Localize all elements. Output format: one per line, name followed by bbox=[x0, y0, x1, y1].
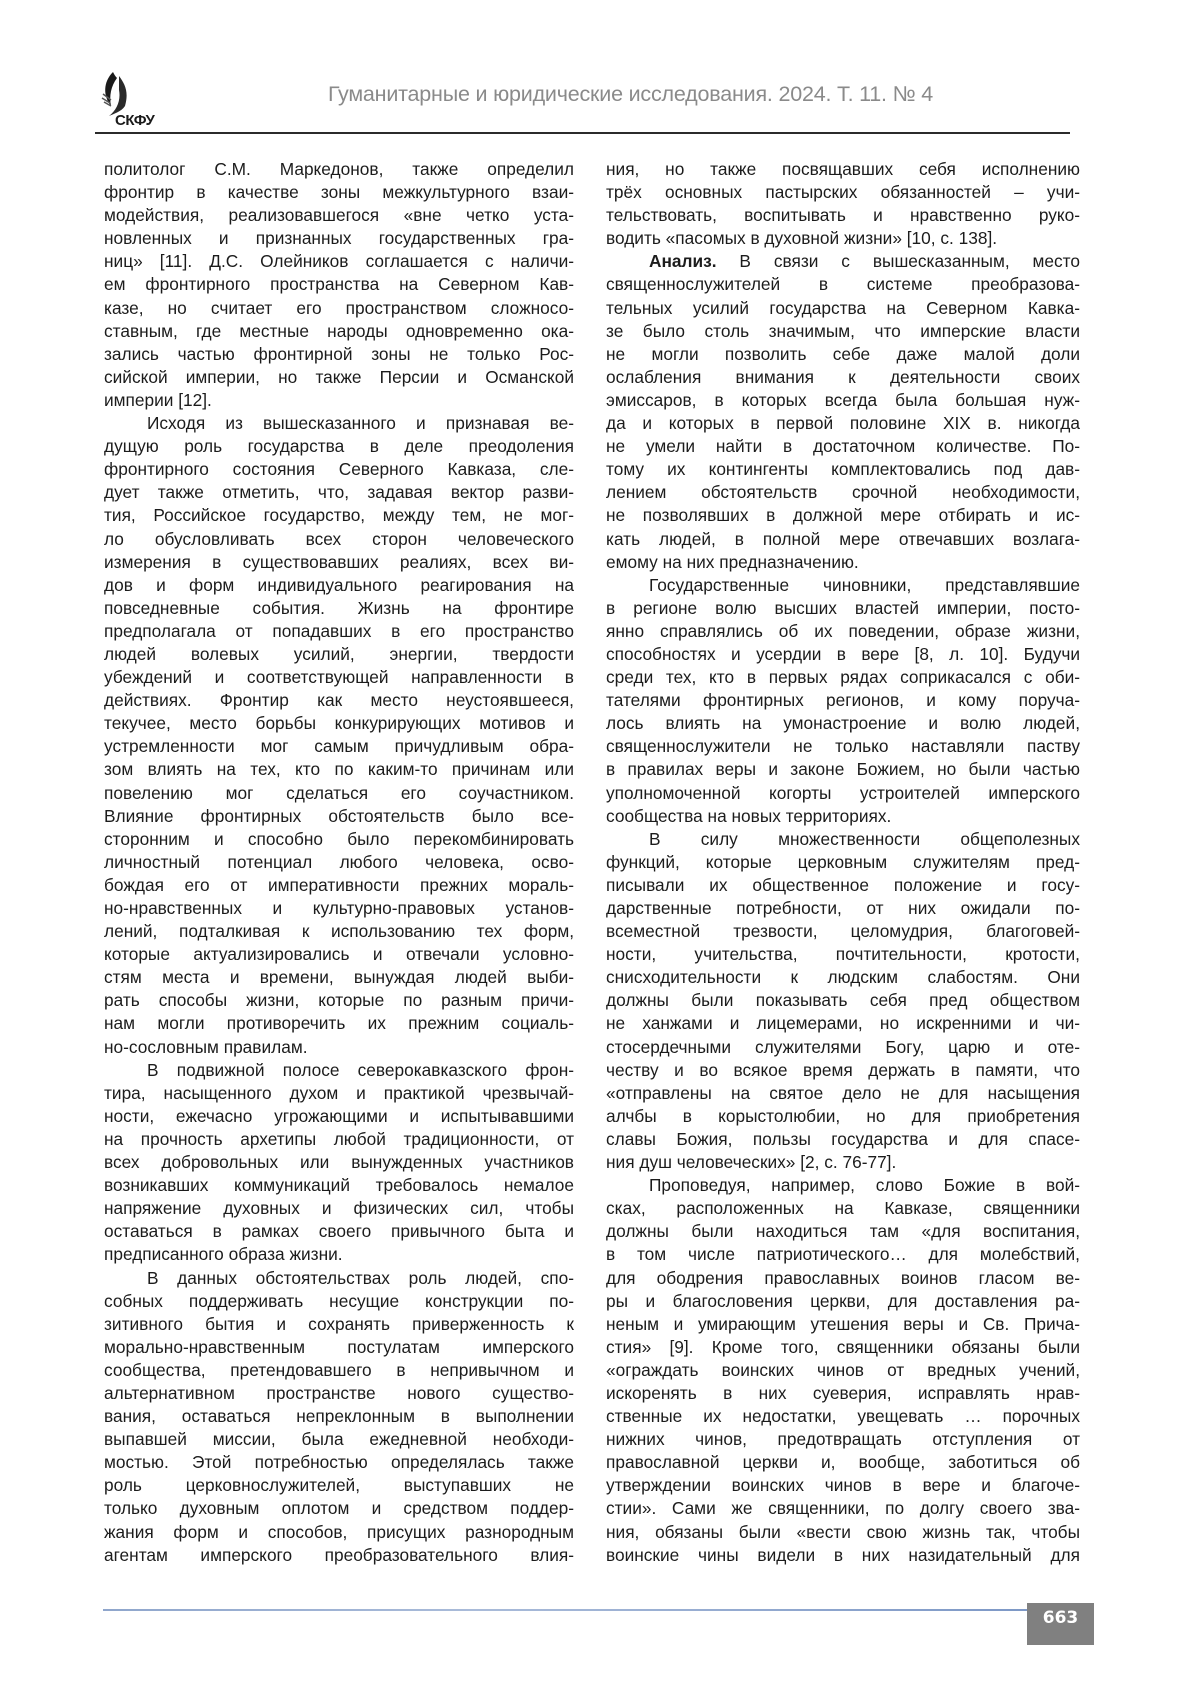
text-line: рать способы жизни, которые по разным пр… bbox=[104, 989, 574, 1012]
text-line: только духовным оплотом и средством подд… bbox=[104, 1497, 574, 1520]
text-line: славы Божия, пользы государства и для сп… bbox=[606, 1128, 1080, 1151]
text-line: людей волевых усилий, энергии, твердости bbox=[104, 643, 574, 666]
text-line: оставаться в рамках своего привычного бы… bbox=[104, 1220, 574, 1243]
journal-title: Гуманитарные и юридические исследования.… bbox=[328, 82, 933, 107]
university-logo: СКФУ bbox=[99, 70, 189, 130]
left-column: политолог С.М. Маркедонов, также определ… bbox=[104, 158, 574, 1567]
text-line: алчбы в корыстолюбии, но для приобретени… bbox=[606, 1105, 1080, 1128]
text-line: зом влиять на тех, кто по каким-то причи… bbox=[104, 758, 574, 781]
text-line: воинские чины видели в них назидательный… bbox=[606, 1544, 1080, 1567]
text-line: тельных усилий государства на Северном К… bbox=[606, 297, 1080, 320]
text-line: ры и благословения церкви, для доставлен… bbox=[606, 1290, 1080, 1313]
text-line: В подвижной полосе северокавказского фро… bbox=[104, 1059, 574, 1082]
text-line: модействия, реализовавшегося «вне четко … bbox=[104, 204, 574, 227]
text-line: тира, насыщенного духом и практикой чрез… bbox=[104, 1082, 574, 1105]
text-line: для ободрения православных воинов гласом… bbox=[606, 1267, 1080, 1290]
text-line: агентам имперского преобразовательного в… bbox=[104, 1544, 574, 1567]
footer-divider bbox=[103, 1609, 1028, 1611]
text-line: трёх основных пастырских обязанностей – … bbox=[606, 181, 1080, 204]
text-line: православной церкви и, вообще, заботитьс… bbox=[606, 1451, 1080, 1474]
text-line: емому на них предназначению. bbox=[606, 551, 1080, 574]
text-line: повседневные события. Жизнь на фронтире bbox=[104, 597, 574, 620]
text-line: устремленности мог самым причудливым обр… bbox=[104, 735, 574, 758]
body-paragraph: В силу множественности общеполезныхфункц… bbox=[606, 828, 1080, 1174]
text-line: предписанного образа жизни. bbox=[104, 1243, 574, 1266]
text-line: сообщества на новых территориях. bbox=[606, 805, 1080, 828]
text-line: стии». Сами же священники, по долгу свое… bbox=[606, 1497, 1080, 1520]
text-line: морально-нравственным постулатам имперск… bbox=[104, 1336, 574, 1359]
text-line: честву и во всякое время держать в памят… bbox=[606, 1059, 1080, 1082]
text-line: в том числе патриотического… для молебст… bbox=[606, 1243, 1080, 1266]
text-line: бождая его от императивности прежних мор… bbox=[104, 874, 574, 897]
text-line: которые актуализировались и отвечали усл… bbox=[104, 943, 574, 966]
text-line: сторонним и способно было перекомбиниров… bbox=[104, 828, 574, 851]
text-line: сообщества, претендовавшего в непривычно… bbox=[104, 1359, 574, 1382]
body-paragraph: ния, но также посвящавших себя исполнени… bbox=[606, 158, 1080, 250]
text-line: роль церковнослужителей, выступавших не bbox=[104, 1474, 574, 1497]
text-line: дарственные потребности, от них ожидали … bbox=[606, 897, 1080, 920]
text-line: утверждении воинских чинов в вере и благ… bbox=[606, 1474, 1080, 1497]
text-line: всех добровольных или вынужденных участн… bbox=[104, 1151, 574, 1174]
text-line: способностях и усердии в вере [8, л. 10]… bbox=[606, 643, 1080, 666]
text-line: должны были находиться там «для воспитан… bbox=[606, 1220, 1080, 1243]
text-line: дов и форм индивидуального реагирования … bbox=[104, 574, 574, 597]
text-line: повелению мог сделаться его соучастником… bbox=[104, 782, 574, 805]
text-line: убеждений и соответствующей направленнос… bbox=[104, 666, 574, 689]
text-line: новленных и признанных государственных г… bbox=[104, 227, 574, 250]
text-line: не позволявших в должной мере отбирать и… bbox=[606, 504, 1080, 527]
text-line: должны были показывать себя пред обществ… bbox=[606, 989, 1080, 1012]
text-line: лений, подталкивая к использованию тех ф… bbox=[104, 920, 574, 943]
journal-page: СКФУ Гуманитарные и юридические исследов… bbox=[0, 0, 1200, 1697]
text-line: священнослужителей в системе преобразова… bbox=[606, 273, 1080, 296]
text-line: ниц» [11]. Д.С. Олейников соглашается с … bbox=[104, 250, 574, 273]
text-line: уполномоченной когорты устроителей импер… bbox=[606, 782, 1080, 805]
text-line: ния, но также посвящавших себя исполнени… bbox=[606, 158, 1080, 181]
text-line: но-сословным правилам. bbox=[104, 1036, 574, 1059]
text-line: лением обстоятельств срочной необходимос… bbox=[606, 481, 1080, 504]
text-line: казе, но считает его пространством сложн… bbox=[104, 297, 574, 320]
text-line: сках, расположенных на Кавказе, священни… bbox=[606, 1197, 1080, 1220]
text-line: зе было столь значимым, что имперские вл… bbox=[606, 320, 1080, 343]
text-line: Проповедуя, например, слово Божие в вой- bbox=[606, 1174, 1080, 1197]
header-divider bbox=[95, 132, 1070, 134]
text-line: ния, обязаны были «вести свою жизнь так,… bbox=[606, 1521, 1080, 1544]
logo-text: СКФУ bbox=[115, 112, 154, 129]
page-number: 663 bbox=[1027, 1603, 1094, 1645]
text-line: ло обусловливать всех сторон человеческо… bbox=[104, 528, 574, 551]
text-line: действиях. Фронтир как место неустоявшее… bbox=[104, 689, 574, 712]
text-line: лось влиять на умонастроение и волю люде… bbox=[606, 712, 1080, 735]
body-paragraph: Анализ. В связи с вышесказанным, местосв… bbox=[606, 250, 1080, 573]
text-line: вания, оставаться непреклонным в выполне… bbox=[104, 1405, 574, 1428]
text-line: измерения в существовавших реалиях, всех… bbox=[104, 551, 574, 574]
text-line: сийской империи, но также Персии и Осман… bbox=[104, 366, 574, 389]
text-line: неным и умирающим утешения веры и Св. Пр… bbox=[606, 1313, 1080, 1336]
text-line: ослабления внимания к деятельности своих bbox=[606, 366, 1080, 389]
bird-wing-icon bbox=[99, 70, 159, 118]
text-line: ности, ежечасно угрожающими и испытывавш… bbox=[104, 1105, 574, 1128]
text-line: мостью. Этой потребностью определялась т… bbox=[104, 1451, 574, 1474]
text-line: на прочность архетипы любой традиционнос… bbox=[104, 1128, 574, 1151]
text-line: альтернативном пространстве нового сущес… bbox=[104, 1382, 574, 1405]
body-paragraph: политолог С.М. Маркедонов, также определ… bbox=[104, 158, 574, 412]
section-heading-inline: Анализ. bbox=[649, 251, 717, 271]
text-line: снисходительности к людским слабостям. О… bbox=[606, 966, 1080, 989]
text-line: стям места и времени, вынуждая людей выб… bbox=[104, 966, 574, 989]
text-line: дущую роль государства в деле преодолени… bbox=[104, 435, 574, 458]
text-line: Государственные чиновники, представлявши… bbox=[606, 574, 1080, 597]
text-line: выпавшей миссии, была ежедневной необход… bbox=[104, 1428, 574, 1451]
text-line: Исходя из вышесказанного и признавая ве- bbox=[104, 412, 574, 435]
page-header: СКФУ Гуманитарные и юридические исследов… bbox=[95, 60, 1070, 134]
body-paragraph: Исходя из вышесказанного и признавая ве-… bbox=[104, 412, 574, 1059]
text-line: возникавших коммуникаций требовалось нем… bbox=[104, 1174, 574, 1197]
text-line: жания форм и способов, присущих разнород… bbox=[104, 1521, 574, 1544]
text-line: в правилах веры и законе Божием, но были… bbox=[606, 758, 1080, 781]
text-line: стосердечными служителями Богу, царю и о… bbox=[606, 1036, 1080, 1059]
text-line: собных поддерживать несущие конструкции … bbox=[104, 1290, 574, 1313]
text-line: тому их контингенты комплектовались под … bbox=[606, 458, 1080, 481]
text-line: кать людей, в полной мере отвечавших воз… bbox=[606, 528, 1080, 551]
text-line: империи [12]. bbox=[104, 389, 574, 412]
text-line: всеместной трезвости, целомудрия, благог… bbox=[606, 920, 1080, 943]
text-line: ности, учительства, почтительности, крот… bbox=[606, 943, 1080, 966]
text-line: нижних чинов, предотвращать отступления … bbox=[606, 1428, 1080, 1451]
text-line: эмиссаров, в которых всегда была большая… bbox=[606, 389, 1080, 412]
text-line: не ханжами и лицемерами, но искренними и… bbox=[606, 1012, 1080, 1035]
text-line: предполагала от попадавших в его простра… bbox=[104, 620, 574, 643]
body-paragraph: В подвижной полосе северокавказского фро… bbox=[104, 1059, 574, 1267]
text-line: тельствовать, воспитывать и нравственно … bbox=[606, 204, 1080, 227]
text-line: текучее, место борьбы конкурирующих моти… bbox=[104, 712, 574, 735]
text-line: напряжение духовных и физических сил, чт… bbox=[104, 1197, 574, 1220]
text-line: тателями фронтирных регионов, и кому пор… bbox=[606, 689, 1080, 712]
text-line: ния душ человеческих» [2, с. 76-77]. bbox=[606, 1151, 1080, 1174]
text-line: нам могли противоречить их прежним социа… bbox=[104, 1012, 574, 1035]
text-line: среди тех, кто в первых рядах соприкасал… bbox=[606, 666, 1080, 689]
text-line: тия, Российское государство, между тем, … bbox=[104, 504, 574, 527]
text-line: да и которых в первой половине XIX в. ни… bbox=[606, 412, 1080, 435]
text-line: Анализ. В связи с вышесказанным, место bbox=[606, 250, 1080, 273]
text-line: политолог С.М. Маркедонов, также определ… bbox=[104, 158, 574, 181]
text-line: водить «пасомых в духовной жизни» [10, с… bbox=[606, 227, 1080, 250]
text-line: ственные их недостатки, увещевать … поро… bbox=[606, 1405, 1080, 1428]
text-line: янно справлялись об их поведении, образе… bbox=[606, 620, 1080, 643]
text-line: В силу множественности общеполезных bbox=[606, 828, 1080, 851]
text-line: не могли позволить себе даже малой доли bbox=[606, 343, 1080, 366]
text-line: зитивного бытия и сохранять приверженнос… bbox=[104, 1313, 574, 1336]
text-line: но-нравственных и культурно-правовых уст… bbox=[104, 897, 574, 920]
text-line: священнослужители не только наставляли п… bbox=[606, 735, 1080, 758]
text-fragment: В связи с вышесказанным, место bbox=[717, 251, 1080, 271]
text-line: не умели найти в достаточном количестве.… bbox=[606, 435, 1080, 458]
right-column: ния, но также посвящавших себя исполнени… bbox=[606, 158, 1080, 1567]
text-line: ставным, где местные народы одновременно… bbox=[104, 320, 574, 343]
text-line: в регионе волю высших властей империи, п… bbox=[606, 597, 1080, 620]
text-line: зались частью фронтирной зоны не только … bbox=[104, 343, 574, 366]
text-line: В данных обстоятельствах роль людей, спо… bbox=[104, 1267, 574, 1290]
text-line: фронтир в качестве зоны межкультурного в… bbox=[104, 181, 574, 204]
text-line: стия» [9]. Кроме того, священники обязан… bbox=[606, 1336, 1080, 1359]
text-line: писывали их общественное положение и гос… bbox=[606, 874, 1080, 897]
text-line: личностный потенциал любого человека, ос… bbox=[104, 851, 574, 874]
text-line: фронтирного состояния Северного Кавказа,… bbox=[104, 458, 574, 481]
text-line: функций, которые церковным служителям пр… bbox=[606, 851, 1080, 874]
text-line: ем фронтирного пространства на Северном … bbox=[104, 273, 574, 296]
text-line: искоренять в них суеверия, исправлять нр… bbox=[606, 1382, 1080, 1405]
body-paragraph: В данных обстоятельствах роль людей, спо… bbox=[104, 1267, 574, 1567]
body-paragraph: Проповедуя, например, слово Божие в вой-… bbox=[606, 1174, 1080, 1567]
text-line: дует также отметить, что, задавая вектор… bbox=[104, 481, 574, 504]
text-line: «отправлены на святое дело не для насыще… bbox=[606, 1082, 1080, 1105]
body-paragraph: Государственные чиновники, представлявши… bbox=[606, 574, 1080, 828]
text-line: «ограждать воинских чинов от вредных уче… bbox=[606, 1359, 1080, 1382]
text-line: Влияние фронтирных обстоятельств было вс… bbox=[104, 805, 574, 828]
